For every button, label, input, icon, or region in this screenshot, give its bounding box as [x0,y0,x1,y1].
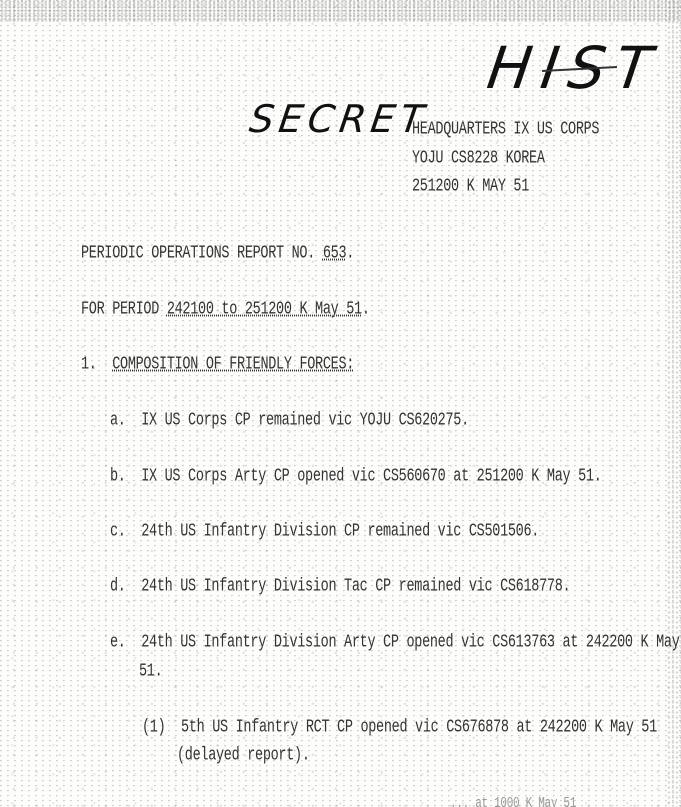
sub-item-1: (1) 5th US Infantry RCT CP opened vic CS… [142,718,657,738]
item-text: IX US Corps Arty CP opened vic CS560670 … [141,467,601,487]
list-item-d: d. 24th US Infantry Division Tac CP rema… [110,577,570,597]
report-title: PERIODIC OPERATIONS REPORT NO. 653. [81,244,354,264]
list-item-c: c. 24th US Infantry Division CP remained… [110,522,539,542]
period-prefix: FOR PERIOD [81,300,159,320]
handwritten-classification: SECRET [247,97,431,141]
report-period: FOR PERIOD 242100 to 251200 K May 51. [81,300,370,320]
list-item-e: e. 24th US Infantry Division Arty CP ope… [110,633,680,653]
list-item-e-continuation: 51. [139,662,162,682]
section-title: COMPOSITION OF FRIENDLY FORCES: [112,355,354,375]
sub-item-label: (1) [142,718,165,738]
item-label: a. [110,411,126,431]
item-text: 24th US Infantry Division Arty CP opened… [141,633,679,653]
report-title-prefix: PERIODIC OPERATIONS REPORT NO. [81,244,315,264]
letterhead-line-3: 251200 K MAY 51 [412,177,529,197]
report-number: 653 [323,244,346,264]
list-item-a: a. IX US Corps CP remained vic YOJU CS62… [110,411,469,431]
sub-item-1-continuation: (delayed report). [177,746,310,766]
item-label: b. [110,467,126,487]
scan-noise-top [0,0,681,22]
cutoff-line: ... at 1000 K May 51 [450,796,576,807]
section-1-heading: 1. COMPOSITION OF FRIENDLY FORCES: [81,355,354,375]
letterhead-line-2: YOJU CS8228 KOREA [412,149,545,169]
period-value: 242100 to 251200 K May 51 [167,300,362,320]
section-number: 1. [81,355,97,375]
scan-noise-right [667,0,681,807]
report-title-suffix: . [346,244,354,264]
list-item-b: b. IX US Corps Arty CP opened vic CS5606… [110,467,602,487]
period-suffix: . [362,300,370,320]
item-text: 24th US Infantry Division Tac CP remaine… [141,577,570,597]
item-label: e. [110,633,126,653]
letterhead-line-1: HEADQUARTERS IX US CORPS [412,120,599,140]
item-text: IX US Corps CP remained vic YOJU CS62027… [141,411,469,431]
item-label: d. [110,577,126,597]
item-text: 24th US Infantry Division CP remained vi… [141,522,539,542]
sub-item-text: 5th US Infantry RCT CP opened vic CS6768… [181,718,657,738]
item-label: c. [110,522,126,542]
